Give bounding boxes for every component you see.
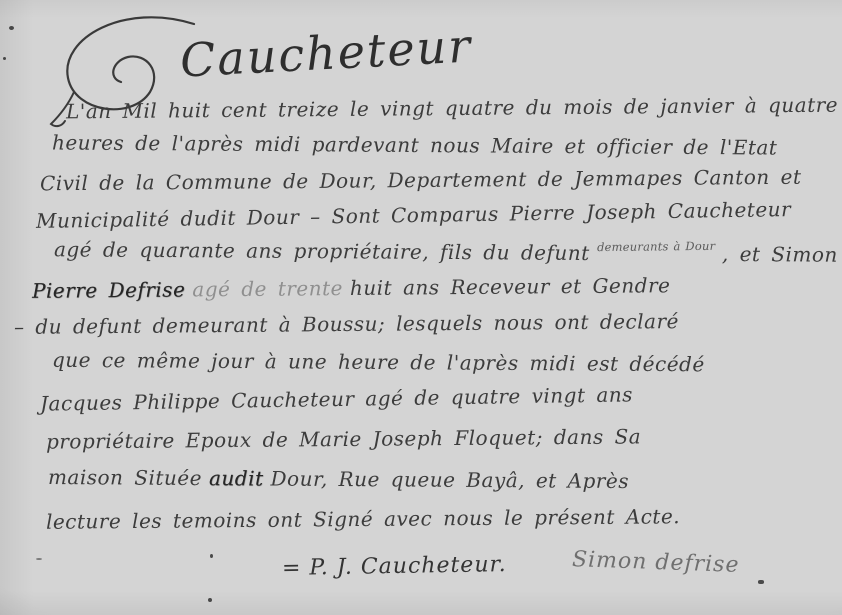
line-6-faint-text: agé de trente (192, 276, 343, 301)
overwritten-word: audit (209, 466, 264, 490)
manuscript-line-2: heures de l'après midi pardevant nous Ma… (52, 130, 778, 159)
interlinear-note: demeurants à Dour (597, 239, 715, 254)
scan-speck (3, 57, 6, 60)
line-11-text-post: Dour, Rue queue Bayâ, et Après (270, 467, 629, 494)
manuscript-line-12: lecture les temoins ont Signé avec nous … (46, 504, 680, 534)
scan-speck (208, 598, 212, 602)
manuscript-page: Caucheteur L'an Mil huit cent treize le … (0, 0, 842, 615)
line-5-text: agé de quarante ans propriétaire, fils d… (54, 237, 590, 265)
scan-speck (9, 26, 14, 30)
scan-speck (210, 554, 213, 558)
manuscript-line-3: Civil de la Commune de Dour, Departement… (40, 165, 802, 196)
signature-pj-caucheteur: = P. J. Caucheteur. (282, 552, 507, 581)
manuscript-line-10: propriétaire Epoux de Marie Joseph Floqu… (46, 424, 641, 453)
manuscript-line-7: – du defunt demeurant à Boussu; lesquels… (14, 309, 679, 339)
manuscript-line-6: Pierre Defriseagé de trentehuit ans Rece… (32, 273, 671, 303)
scan-speck (36, 558, 42, 560)
signature-simon-defrise: Simon defrise (572, 547, 740, 578)
manuscript-line-9: Jacques Philippe Caucheteur agé de quatr… (40, 382, 633, 415)
line-11-text-pre: maison Située (48, 465, 202, 490)
witness-name: Pierre Defrise (32, 277, 186, 302)
line-6-rest-text: huit ans Receveur et Gendre (350, 273, 671, 300)
manuscript-line-4: Municipalité dudit Dour – Sont Comparus … (36, 197, 791, 233)
scan-speck (758, 580, 764, 584)
manuscript-line-11: maison SituéeauditDour, Rue queue Bayâ, … (48, 465, 629, 493)
act-title: Caucheteur (179, 18, 474, 87)
line-5-text-after: , et Simon (722, 242, 838, 267)
manuscript-line-5: agé de quarante ans propriétaire, fils d… (54, 237, 838, 266)
manuscript-line-8: que ce même jour à une heure de l'après … (52, 348, 705, 377)
